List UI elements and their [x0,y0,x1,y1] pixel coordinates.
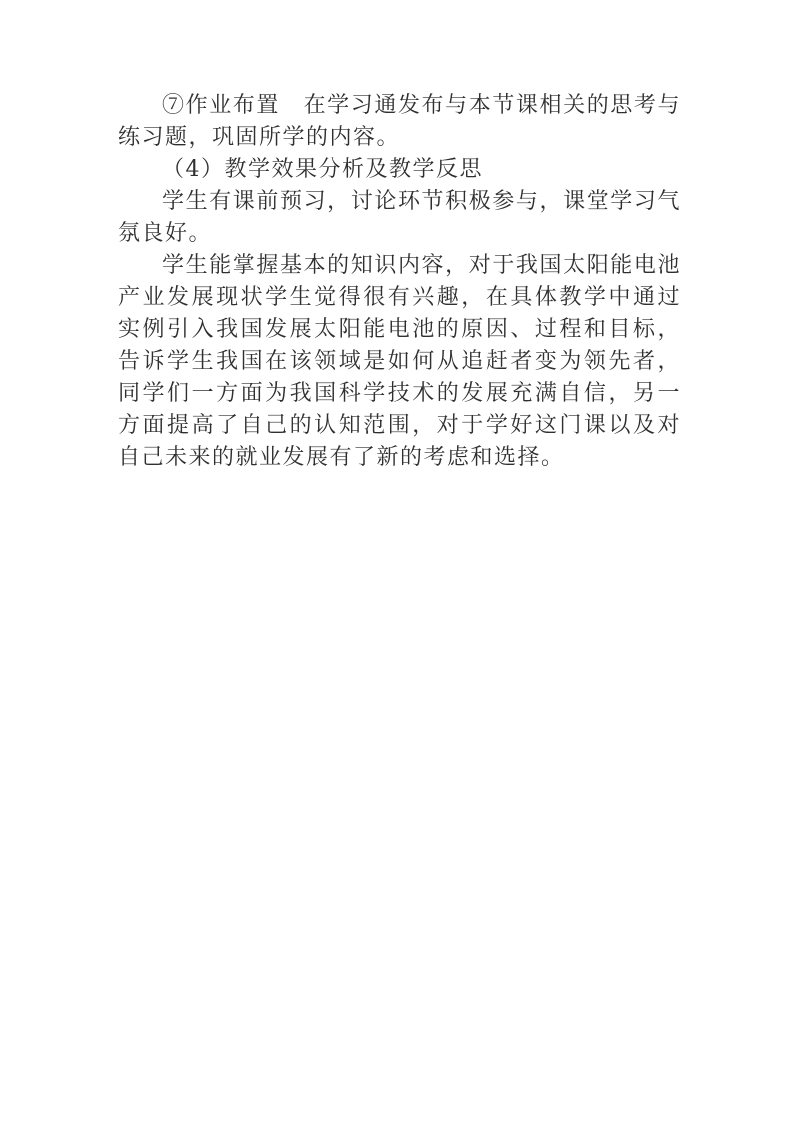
paragraph-class-atmosphere: 学生有课前预习，讨论环节积极参与，课堂学习气氛良好。 [118,186,681,250]
document-body: ⑦作业布置 在学习通发布与本节课相关的思考与练习题，巩固所学的内容。 （4）教学… [118,90,681,474]
document-page: ⑦作业布置 在学习通发布与本节课相关的思考与练习题，巩固所学的内容。 （4）教学… [0,0,793,1122]
paragraph-section-heading: （4）教学效果分析及教学反思 [118,154,681,186]
paragraph-homework-assignment: ⑦作业布置 在学习通发布与本节课相关的思考与练习题，巩固所学的内容。 [118,90,681,154]
paragraph-teaching-reflection: 学生能掌握基本的知识内容，对于我国太阳能电池产业发展现状学生觉得很有兴趣，在具体… [118,250,681,474]
